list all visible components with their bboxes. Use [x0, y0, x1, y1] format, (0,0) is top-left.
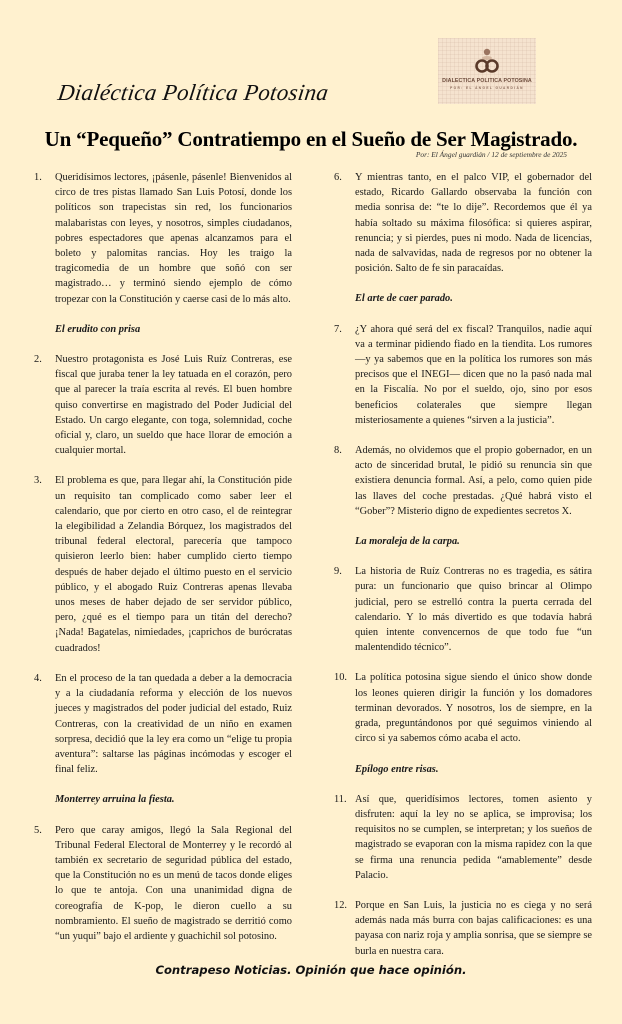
- item-number: 11.: [334, 792, 355, 883]
- item-text: Pero que caray amigos, llegó la Sala Reg…: [55, 823, 292, 945]
- item-text: La política potosina sigue siendo el úni…: [355, 670, 592, 746]
- list-item: 11. Así que, queridísimos lectores, tome…: [334, 792, 592, 883]
- item-number: 7.: [334, 322, 355, 428]
- article-byline: Por: El Ángel guardián / 12 de septiembr…: [416, 150, 567, 159]
- item-number: 12.: [334, 898, 355, 959]
- list-item: 7. ¿Y ahora qué será del ex fiscal? Tran…: [334, 322, 592, 428]
- list-item: 3. El problema es que, para llegar ahí, …: [34, 473, 292, 655]
- list-item: 4. En el proceso de la tan quedada a deb…: [34, 671, 292, 777]
- item-number: 3.: [34, 473, 55, 655]
- item-text: Así que, queridísimos lectores, tomen as…: [355, 792, 592, 883]
- logo-title: DIALECTICA POLITICA POTOSINA: [442, 78, 532, 84]
- section-subhead: La moraleja de la carpa.: [355, 534, 592, 549]
- item-text: Y mientras tanto, en el palco VIP, el go…: [355, 170, 592, 276]
- list-item: 8. Además, no olvidemos que el propio go…: [334, 443, 592, 519]
- item-text: En el proceso de la tan quedada a deber …: [55, 671, 292, 777]
- footer-tagline: Contrapeso Noticias. Opinión que hace op…: [0, 963, 622, 977]
- item-text: El problema es que, para llegar ahí, la …: [55, 473, 292, 655]
- section-subhead: El erudito con prisa: [55, 322, 292, 337]
- item-text: Además, no olvidemos que el propio gober…: [355, 443, 592, 519]
- item-number: 5.: [34, 823, 55, 945]
- list-item: 9. La historia de Ruíz Contreras no es t…: [334, 564, 592, 655]
- list-item: 12. Porque en San Luis, la justicia no e…: [334, 898, 592, 959]
- brand-logo: DIALECTICA POLITICA POTOSINA POR: EL ÁNG…: [438, 38, 536, 104]
- list-item: 5. Pero que caray amigos, llegó la Sala …: [34, 823, 292, 945]
- item-text: Porque en San Luis, la justicia no es ci…: [355, 898, 592, 959]
- right-column: 6. Y mientras tanto, en el palco VIP, el…: [334, 170, 592, 974]
- item-text: ¿Y ahora qué será del ex fiscal? Tranqui…: [355, 322, 592, 428]
- article-title: Un “Pequeño” Contratiempo en el Sueño de…: [0, 127, 622, 152]
- list-item: 6. Y mientras tanto, en el palco VIP, el…: [334, 170, 592, 276]
- item-text: Nuestro protagonista es José Luis Ruíz C…: [55, 352, 292, 458]
- section-subhead: El arte de caer parado.: [355, 291, 592, 306]
- item-number: 8.: [334, 443, 355, 519]
- item-number: 2.: [34, 352, 55, 458]
- document-page: Dialéctica Política Potosina DIALECTICA …: [0, 0, 622, 1024]
- item-number: 1.: [34, 170, 55, 307]
- item-number: 10.: [334, 670, 355, 746]
- item-number: 9.: [334, 564, 355, 655]
- list-item: 10. La política potosina sigue siendo el…: [334, 670, 592, 746]
- logo-subtitle: POR: EL ÁNGEL GUARDIÁN: [450, 86, 524, 90]
- item-number: 6.: [334, 170, 355, 276]
- item-number: 4.: [34, 671, 55, 777]
- left-column: 1. Queridísimos lectores, ¡pásenle, páse…: [34, 170, 292, 959]
- section-subhead: Epílogo entre risas.: [355, 762, 592, 777]
- list-item: 1. Queridísimos lectores, ¡pásenle, páse…: [34, 170, 292, 307]
- item-text: La historia de Ruíz Contreras no es trag…: [355, 564, 592, 655]
- circles-emblem-icon: [474, 47, 500, 75]
- section-subhead: Monterrey arruina la fiesta.: [55, 792, 292, 807]
- list-item: 2. Nuestro protagonista es José Luis Ruí…: [34, 352, 292, 458]
- masthead-script-title: Dialéctica Política Potosina: [56, 80, 330, 106]
- item-text: Queridísimos lectores, ¡pásenle, pásenle…: [55, 170, 292, 307]
